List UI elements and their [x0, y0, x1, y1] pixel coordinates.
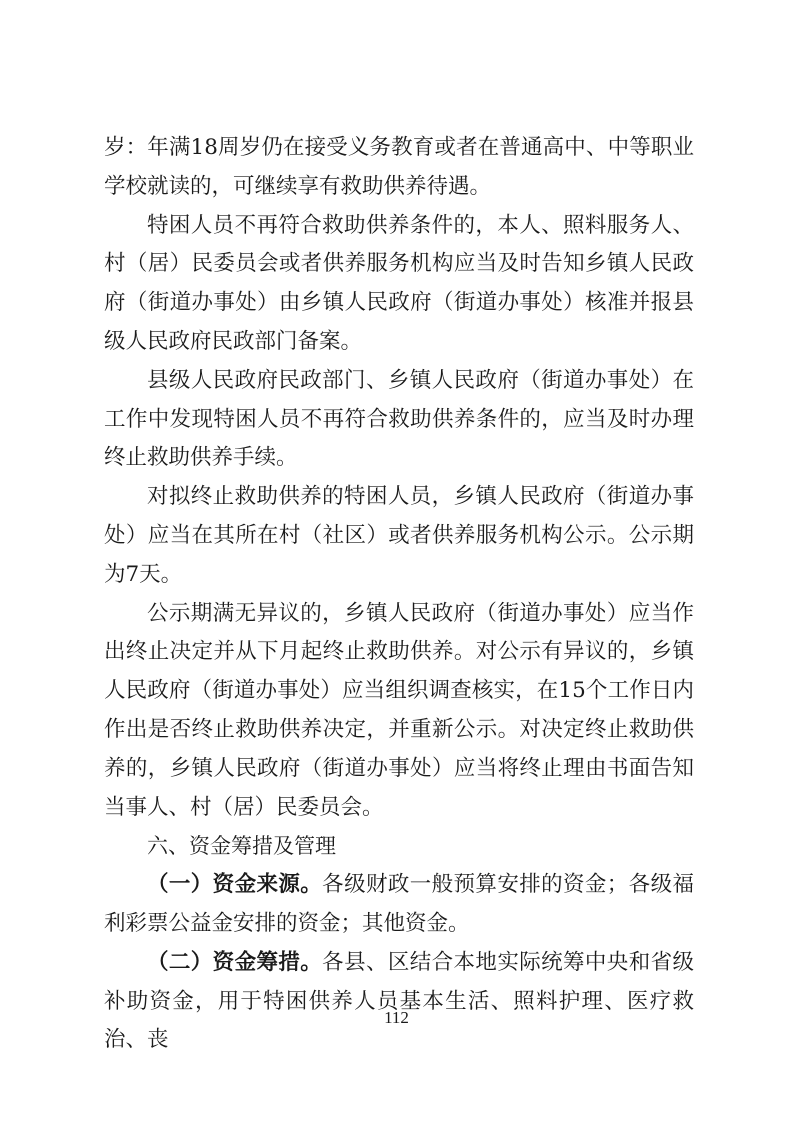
page-number: 112 [0, 1008, 793, 1028]
subsection-lead: （一）资金来源。 [147, 872, 322, 897]
subsection-lead: （二）资金筹措。 [147, 950, 322, 975]
paragraph-county-discovery: 县级人民政府民政部门、乡镇人民政府（街道办事处）在工作中发现特困人员不再符合救助… [104, 362, 694, 478]
body-text: 岁：年满18周岁仍在接受义务教育或者在普通高中、中等职业学校就读的，可继续享有救… [104, 129, 694, 1060]
subsection-funding-source: （一）资金来源。各级财政一般预算安排的资金；各级福利彩票公益金安排的资金；其他资… [104, 866, 694, 944]
document-page: 岁：年满18周岁仍在接受义务教育或者在普通高中、中等职业学校就读的，可继续享有救… [0, 0, 793, 1122]
paragraph-objection: 公示期满无异议的，乡镇人民政府（街道办事处）应当作出终止决定并从下月起终止救助供… [104, 595, 694, 828]
subsection-fundraising: （二）资金筹措。各县、区结合本地实际统筹中央和省级补助资金，用于特困供养人员基本… [104, 944, 694, 1060]
paragraph-continuation: 岁：年满18周岁仍在接受义务教育或者在普通高中、中等职业学校就读的，可继续享有救… [104, 129, 694, 207]
section-heading: 六、资金筹措及管理 [104, 827, 694, 866]
paragraph-no-longer-eligible: 特困人员不再符合救助供养条件的，本人、照料服务人、村（居）民委员会或者供养服务机… [104, 207, 694, 362]
paragraph-publicity: 对拟终止救助供养的特困人员，乡镇人民政府（街道办事处）应当在其所在村（社区）或者… [104, 478, 694, 594]
